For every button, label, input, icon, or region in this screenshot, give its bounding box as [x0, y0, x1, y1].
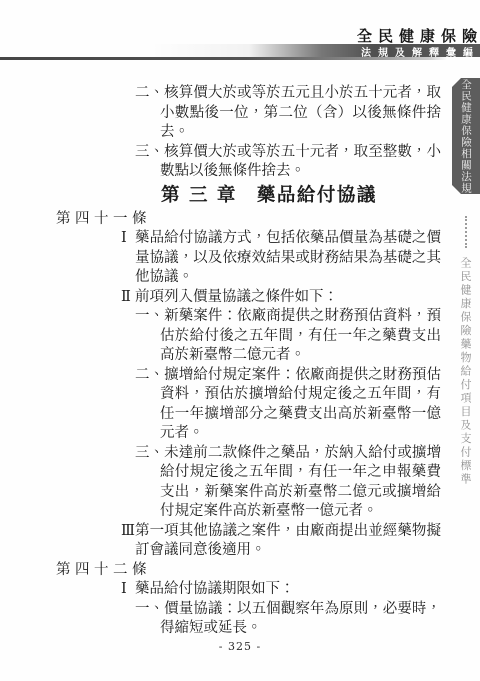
- article-42-paragraph-1: Ⅰ 藥品給付協議期限如下： 一、價量協議：以五個觀察年為原則，必要時，得縮短或延…: [135, 580, 441, 639]
- paragraph-text: 第一項其他協議之案件，由廠商提出並經藥物擬訂會議同意後適用。: [135, 522, 441, 561]
- side-section-label: 全民健康保險藥物給付項目及支付標準: [457, 257, 473, 487]
- subclause-number: 一、: [135, 601, 164, 617]
- paragraph-text: 前項列入價量協議之條件如下：: [135, 288, 441, 308]
- side-tab-dotted-connector: [465, 216, 467, 248]
- document-body: 二、核算價大於或等於五元且小於五十元者，取小數點後一位，第二位（含）以後無條件捨…: [40, 84, 441, 639]
- chapter-heading: 第 三 章 藥品給付協議: [161, 184, 441, 207]
- subclause-3: 三、未達前二款條件之藥品，於納入給付或擴增給付規定後之五年間，有任一年之申報藥費…: [135, 444, 441, 522]
- article-41-heading: 第四十一條: [56, 210, 441, 230]
- subclause-text: 擴增給付規定案件：依廠商提供之財務預估資料，預估於擴增給付規定後之五年間，有任一…: [160, 367, 441, 442]
- page-number: - 325 -: [0, 640, 480, 653]
- header-rule: [0, 57, 447, 60]
- paragraph-marker: Ⅰ: [121, 229, 127, 249]
- subclause-1: 一、價量協議：以五個觀察年為原則，必要時，得縮短或延長。: [135, 600, 441, 639]
- scanned-document-page: 全民健康保險 法規及解釋彙編 全民健康保險相關法規 全民健康保險藥物給付項目及支…: [0, 0, 480, 681]
- paragraph-text: 藥品給付協議期限如下：: [135, 580, 441, 600]
- subclause-2: 二、擴增給付規定案件：依廠商提供之財務預估資料，預估於擴增給付規定後之五年間，有…: [135, 366, 441, 444]
- subclause-number: 一、: [135, 308, 164, 324]
- subclause-text: 未達前二款條件之藥品，於納入給付或擴增給付規定後之五年間，有任一年之申報藥費支出…: [160, 445, 441, 520]
- paragraph-text: 藥品給付協議方式，包括依藥品價量為基礎之價量協議，以及依療效結果或財務結果為基礎…: [135, 229, 441, 288]
- article-41-paragraph-2: Ⅱ 前項列入價量協議之條件如下： 一、新藥案件：依廠商提供之財務預估資料，預估於…: [135, 288, 441, 522]
- clause-text: 核算價大於或等於五元且小於五十元者，取小數點後一位，第二位（含）以後無條件捨去。: [160, 85, 441, 140]
- clause-text: 核算價大於或等於五十元者，取至整數，小數點以後無條件捨去。: [160, 144, 441, 180]
- clause-number: 二、: [135, 85, 164, 101]
- subclause-number: 三、: [135, 445, 164, 461]
- article-42: 第四十二條 Ⅰ 藥品給付協議期限如下： 一、價量協議：以五個觀察年為原則，必要時…: [40, 561, 441, 639]
- article-42-heading: 第四十二條: [56, 561, 441, 581]
- header-subtitle-band: 法規及解釋彙編: [150, 44, 480, 57]
- subclause-text: 價量協議：以五個觀察年為原則，必要時，得縮短或延長。: [160, 601, 441, 637]
- book-title: 全民健康保險: [357, 25, 480, 46]
- clause-item-2: 二、核算價大於或等於五元且小於五十元者，取小數點後一位，第二位（含）以後無條件捨…: [135, 84, 441, 143]
- article-41-paragraph-1: Ⅰ 藥品給付協議方式，包括依藥品價量為基礎之價量協議，以及依療效結果或財務結果為…: [135, 229, 441, 288]
- subclause-text: 新藥案件：依廠商提供之財務預估資料，預估於給付後之五年間，有任一年之藥費支出高於…: [160, 308, 441, 363]
- article-41: 第四十一條 Ⅰ 藥品給付協議方式，包括依藥品價量為基礎之價量協議，以及依療效結果…: [40, 210, 441, 561]
- article-41-paragraph-3: Ⅲ 第一項其他協議之案件，由廠商提出並經藥物擬訂會議同意後適用。: [135, 522, 441, 561]
- paragraph-marker: Ⅲ: [121, 522, 135, 542]
- subclause-1: 一、新藥案件：依廠商提供之財務預估資料，預估於給付後之五年間，有任一年之藥費支出…: [135, 307, 441, 366]
- clause-item-3: 三、核算價大於或等於五十元者，取至整數，小數點以後無條件捨去。: [135, 143, 441, 182]
- paragraph-marker: Ⅰ: [121, 580, 127, 600]
- clause-number: 三、: [135, 144, 164, 160]
- side-tab-related-regulations: 全民健康保險相關法規: [452, 78, 480, 194]
- paragraph-marker: Ⅱ: [121, 288, 131, 308]
- subclause-number: 二、: [135, 367, 164, 383]
